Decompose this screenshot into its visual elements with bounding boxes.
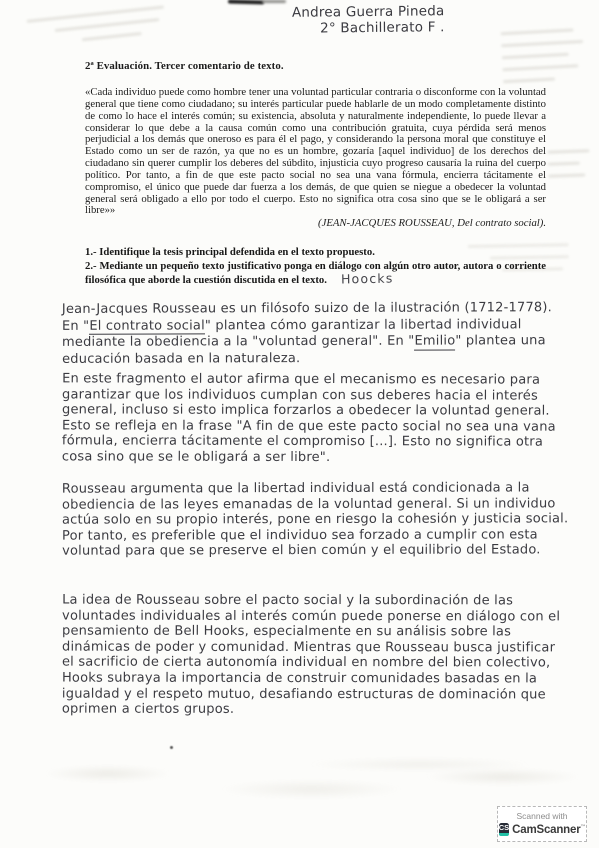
- answer-paragraph-4: La idea de Rousseau sobre el pacto socia…: [62, 593, 570, 719]
- camscanner-logo-icon: CS: [499, 823, 509, 836]
- answer-paragraph-3: Rousseau argumenta que la libertad indiv…: [62, 480, 570, 559]
- stray-pen-dot: [170, 746, 173, 749]
- answer-paragraph-1: Jean-Jacques Rousseau es un filósofo sui…: [62, 300, 570, 368]
- book-title-emilio: Emilio: [414, 334, 455, 351]
- handwritten-annotation-hooks: Hoocks: [341, 272, 394, 286]
- bleed-through-artifact: [547, 149, 590, 186]
- ink-smudge-artifact: [228, 0, 264, 4]
- student-header: Andrea Guerra Pineda 2° Bachillerato F .: [292, 4, 445, 37]
- camscanner-brand-text: CamScanner: [512, 824, 580, 836]
- exam-questions: 1.- Identifique la tesis principal defen…: [85, 246, 546, 286]
- rousseau-quote: «Cada individuo puede como hombre tener …: [85, 87, 546, 217]
- camscanner-brand-name: CamScanner™: [512, 824, 585, 836]
- question-2-text: 2.- Mediante un pequeño texto justificat…: [85, 260, 546, 286]
- scanned-with-label: Scanned with: [501, 811, 583, 821]
- scan-texture-artifact: [0, 752, 599, 814]
- answer-paragraph-2: En este fragmento el autor afirma que el…: [62, 371, 570, 466]
- exam-heading: 2ª Evaluación. Tercer comentario de text…: [85, 60, 284, 72]
- trademark-symbol: ™: [580, 824, 585, 830]
- scanned-exam-page: Andrea Guerra Pineda 2° Bachillerato F .…: [0, 0, 599, 848]
- camscanner-brand-row: CS CamScanner™: [501, 823, 583, 836]
- bleed-through-artifact: [27, 4, 180, 55]
- camscanner-watermark: Scanned with CS CamScanner™: [497, 806, 587, 842]
- student-class: 2° Bachillerato F .: [292, 20, 445, 37]
- bleed-through-artifact: [500, 28, 589, 92]
- question-1: 1.- Identifique la tesis principal defen…: [85, 246, 546, 259]
- ink-smudge-artifact: [262, 0, 286, 3]
- question-2: 2.- Mediante un pequeño texto justificat…: [85, 260, 546, 287]
- book-title-contrato-social: El contrato social: [89, 318, 205, 335]
- quote-citation: (JEAN-JACQUES ROUSSEAU, Del contrato soc…: [318, 217, 546, 229]
